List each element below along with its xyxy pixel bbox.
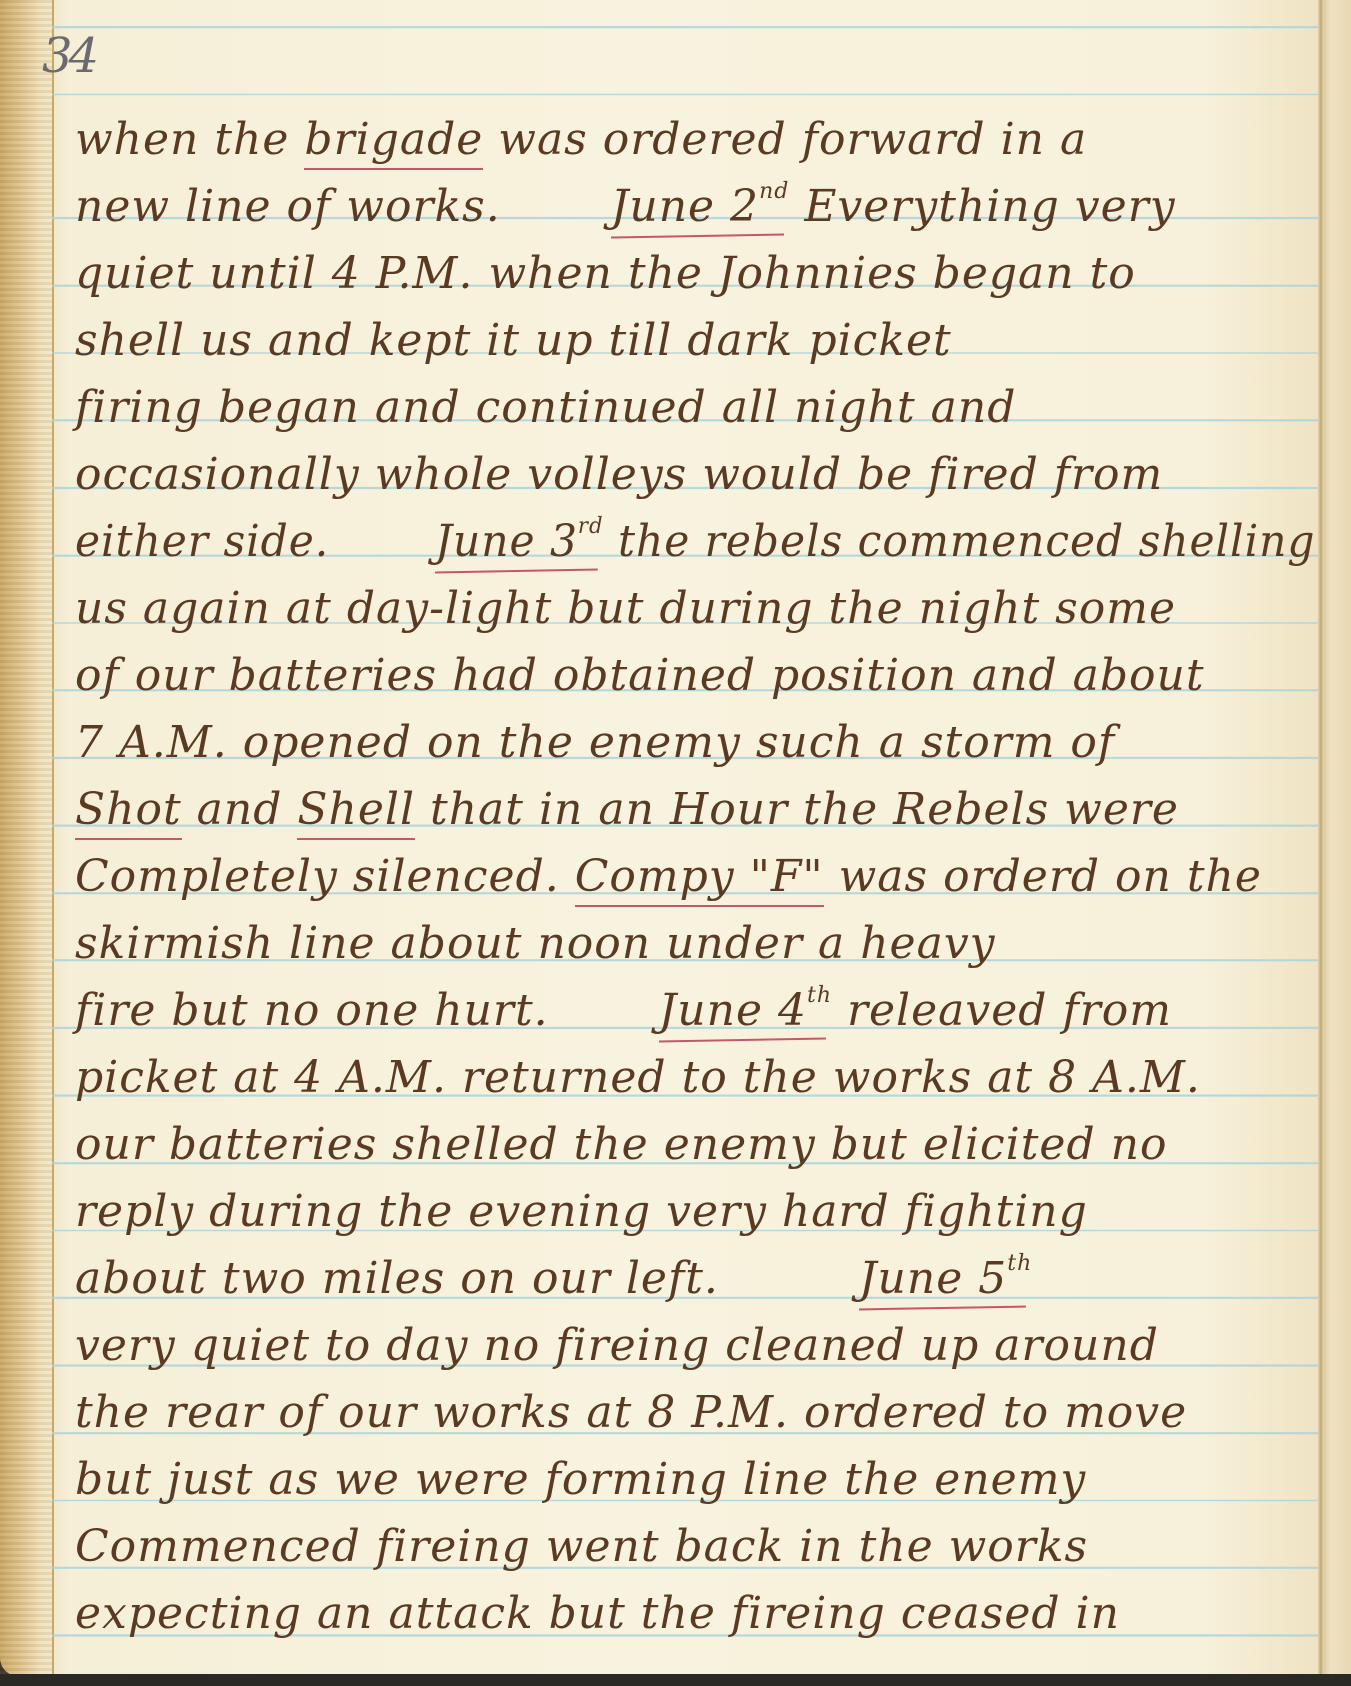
underlined-word: Compy "F": [575, 855, 824, 899]
text-line: Completely silenced. Compy "F" was order…: [75, 855, 1262, 899]
text-line: picket at 4 A.M. returned to the works a…: [75, 1056, 1201, 1100]
underlined-word: brigade: [304, 118, 483, 162]
date-june-3: June 3rd: [435, 520, 603, 564]
date-suffix: th: [807, 983, 832, 1008]
text-span: either side.: [75, 516, 329, 567]
text-line: but just as we were forming line the ene…: [75, 1458, 1086, 1502]
text-span: was orderd on the: [824, 851, 1262, 902]
underlined-word: Shot: [75, 788, 182, 832]
text-line: new line of works.June 2nd Everything ve…: [75, 185, 1176, 229]
text-line: occasionally whole volleys would be fire…: [75, 453, 1163, 497]
text-line: us again at day-light but during the nig…: [75, 587, 1176, 631]
handwritten-text: when the brigade was ordered forward in …: [0, 0, 1351, 1686]
text-line: skirmish line about noon under a heavy: [75, 922, 996, 966]
date-text: June 5: [859, 1253, 1007, 1304]
text-span: but just as we were forming line the ene…: [75, 1454, 1086, 1505]
text-span: when the: [75, 114, 304, 165]
text-span: fire but no one hurt.: [75, 985, 549, 1036]
text-line: fire but no one hurt.June 4th releaved f…: [75, 989, 1172, 1033]
date-text: June 3: [435, 516, 578, 567]
date-text: June 2: [611, 181, 759, 232]
text-line: of our batteries had obtained position a…: [75, 654, 1205, 698]
text-line: about two miles on our left.June 5th: [75, 1257, 1032, 1301]
text-line: our batteries shelled the enemy but elic…: [75, 1123, 1167, 1167]
text-line: very quiet to day no fireing cleaned up …: [75, 1324, 1159, 1368]
text-span: that in an Hour the Rebels were: [415, 784, 1179, 835]
text-line: when the brigade was ordered forward in …: [75, 118, 1087, 162]
text-span: our batteries shelled the enemy but elic…: [75, 1119, 1167, 1170]
text-span: quiet until 4 P.M. when the Johnnies beg…: [75, 248, 1136, 299]
text-span: picket at 4 A.M. returned to the works a…: [75, 1052, 1201, 1103]
text-span: Completely silenced.: [75, 851, 560, 902]
text-span: firing began and continued all night and: [75, 382, 1016, 433]
text-line: reply during the evening very hard fight…: [75, 1190, 1088, 1234]
text-span: releaved from: [832, 985, 1172, 1036]
text-line: shell us and kept it up till dark picket: [75, 319, 952, 363]
text-span: skirmish line about noon under a heavy: [75, 918, 996, 969]
text-span: Everything very: [789, 181, 1175, 232]
text-line: Commenced fireing went back in the works: [75, 1525, 1088, 1569]
text-span: and: [182, 784, 298, 835]
date-june-4: June 4th: [659, 989, 832, 1033]
date-june-5: June 5th: [859, 1257, 1032, 1301]
text-span: was ordered forward in a: [483, 114, 1087, 165]
underlined-word: Shell: [297, 788, 415, 832]
text-line: quiet until 4 P.M. when the Johnnies beg…: [75, 252, 1136, 296]
text-line: the rear of our works at 8 P.M. ordered …: [75, 1391, 1187, 1435]
date-suffix: rd: [578, 514, 604, 539]
text-span: occasionally whole volleys would be fire…: [75, 449, 1163, 500]
text-line: expecting an attack but the fireing ceas…: [75, 1592, 1120, 1636]
text-line: 7 A.M. opened on the enemy such a storm …: [75, 721, 1115, 765]
text-span: shell us and kept it up till dark picket: [75, 315, 952, 366]
date-june-2: June 2nd: [611, 185, 790, 229]
text-span: reply during the evening very hard fight…: [75, 1186, 1088, 1237]
date-suffix: nd: [759, 179, 789, 204]
text-line: firing began and continued all night and: [75, 386, 1016, 430]
text-span: 7 A.M. opened on the enemy such a storm …: [75, 717, 1115, 768]
text-span: about two miles on our left.: [75, 1253, 719, 1304]
text-span: us again at day-light but during the nig…: [75, 583, 1176, 634]
text-span: expecting an attack but the fireing ceas…: [75, 1588, 1120, 1639]
text-span: the rear of our works at 8 P.M. ordered …: [75, 1387, 1187, 1438]
text-line: Shot and Shell that in an Hour the Rebel…: [75, 788, 1179, 832]
date-text: June 4: [659, 985, 807, 1036]
text-span: the rebels commenced shelling: [604, 516, 1316, 567]
text-span: new line of works.: [75, 181, 501, 232]
text-span: of our batteries had obtained position a…: [75, 650, 1205, 701]
text-span: very quiet to day no fireing cleaned up …: [75, 1320, 1159, 1371]
text-line: either side.June 3rd the rebels commence…: [75, 520, 1315, 564]
date-suffix: th: [1007, 1251, 1032, 1276]
text-span: Commenced fireing went back in the works: [75, 1521, 1088, 1572]
